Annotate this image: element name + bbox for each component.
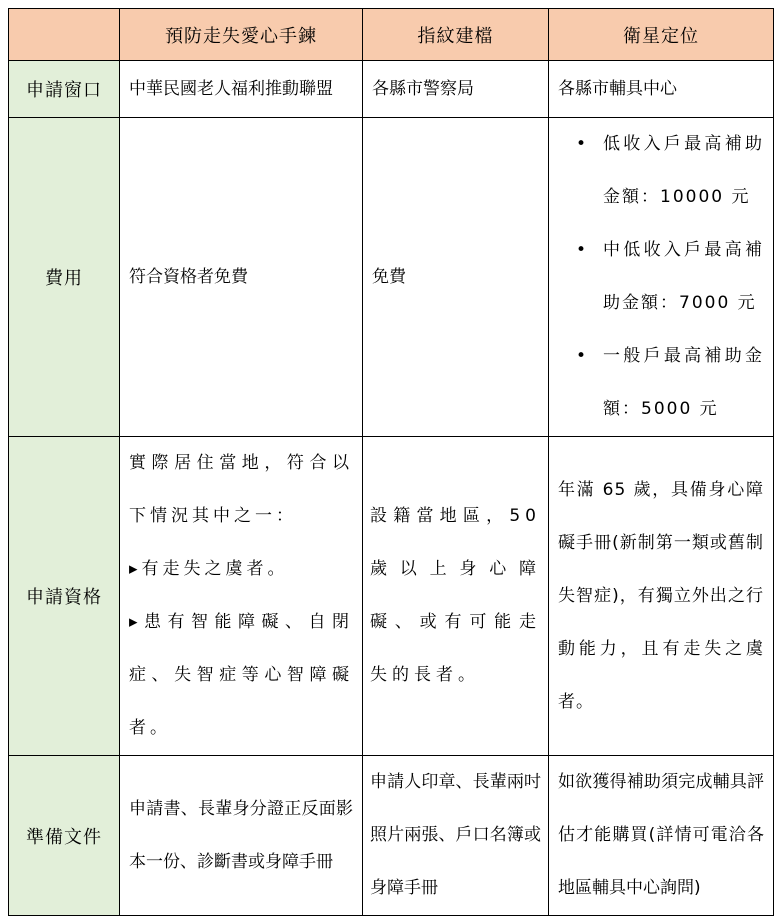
bullet-icon: • bbox=[576, 118, 586, 171]
column-header-satellite: 衛星定位 bbox=[549, 9, 774, 61]
table-row-fee: 費用 符合資格者免費 免費 •低收入戶最高補助金額：10000 元 •中低收入戶… bbox=[9, 118, 774, 437]
subsidy-bullet-text: 低收入戶最高補助金額：10000 元 bbox=[603, 134, 764, 207]
eligibility-intro: 實際居住當地，符合以下情況其中之一： bbox=[129, 437, 353, 543]
eligibility-list-item: ▸有走失之虞者。 bbox=[129, 543, 353, 596]
column-header-bracelet: 預防走失愛心手鍊 bbox=[120, 9, 363, 61]
cell-eligibility-satellite: 年滿 65 歲，具備身心障礙手冊(新制第一類或舊制失智症)，有獨立外出之行動能力… bbox=[549, 437, 774, 756]
table-row-eligibility: 申請資格 實際居住當地，符合以下情況其中之一： ▸有走失之虞者。 ▸患有智能障礙… bbox=[9, 437, 774, 756]
row-label-eligibility: 申請資格 bbox=[9, 437, 120, 756]
column-header-fingerprint: 指紋建檔 bbox=[363, 9, 549, 61]
cell-window-bracelet: 中華民國老人福利推動聯盟 bbox=[120, 61, 363, 118]
subsidy-bullet-text: 中低收入戶最高補助金額：7000 元 bbox=[603, 240, 764, 313]
cell-documents-fingerprint: 申請人印章、長輩兩吋照片兩張、戶口名簿或身障手冊 bbox=[363, 756, 549, 916]
cell-eligibility-fingerprint: 設籍當地區，50 歲以上身心障礙、或有可能走失的長者。 bbox=[363, 437, 549, 756]
table-header-row: 預防走失愛心手鍊 指紋建檔 衛星定位 bbox=[9, 9, 774, 61]
table-row-documents: 準備文件 申請書、長輩身分證正反面影本一份、診斷書或身障手冊 申請人印章、長輩兩… bbox=[9, 756, 774, 916]
corner-cell bbox=[9, 9, 120, 61]
cell-eligibility-bracelet: 實際居住當地，符合以下情況其中之一： ▸有走失之虞者。 ▸患有智能障礙、自閉症、… bbox=[120, 437, 363, 756]
cell-fee-fingerprint: 免費 bbox=[363, 118, 549, 437]
benefits-comparison-table: 預防走失愛心手鍊 指紋建檔 衛星定位 申請窗口 中華民國老人福利推動聯盟 各縣市… bbox=[8, 8, 774, 916]
cell-documents-bracelet: 申請書、長輩身分證正反面影本一份、診斷書或身障手冊 bbox=[120, 756, 363, 916]
cell-fee-satellite: •低收入戶最高補助金額：10000 元 •中低收入戶最高補助金額：7000 元 … bbox=[549, 118, 774, 437]
row-label-documents: 準備文件 bbox=[9, 756, 120, 916]
row-label-fee: 費用 bbox=[9, 118, 120, 437]
cell-fee-bracelet: 符合資格者免費 bbox=[120, 118, 363, 437]
subsidy-bullet-text: 一般戶最高補助金額：5000 元 bbox=[603, 346, 764, 419]
bullet-icon: • bbox=[576, 224, 586, 277]
table-row-application-window: 申請窗口 中華民國老人福利推動聯盟 各縣市警察局 各縣市輔具中心 bbox=[9, 61, 774, 118]
row-label-application-window: 申請窗口 bbox=[9, 61, 120, 118]
bullet-icon: • bbox=[576, 330, 586, 383]
cell-window-satellite: 各縣市輔具中心 bbox=[549, 61, 774, 118]
subsidy-bullet-item: •低收入戶最高補助金額：10000 元 bbox=[558, 118, 764, 224]
subsidy-bullet-item: •一般戶最高補助金額：5000 元 bbox=[558, 330, 764, 436]
subsidy-bullet-item: •中低收入戶最高補助金額：7000 元 bbox=[558, 224, 764, 330]
cell-documents-satellite: 如欲獲得補助須完成輔具評估才能購買(詳情可電洽各地區輔具中心詢問) bbox=[549, 756, 774, 916]
eligibility-list-item: ▸患有智能障礙、自閉症、失智症等心智障礙者。 bbox=[129, 596, 353, 755]
cell-window-fingerprint: 各縣市警察局 bbox=[363, 61, 549, 118]
